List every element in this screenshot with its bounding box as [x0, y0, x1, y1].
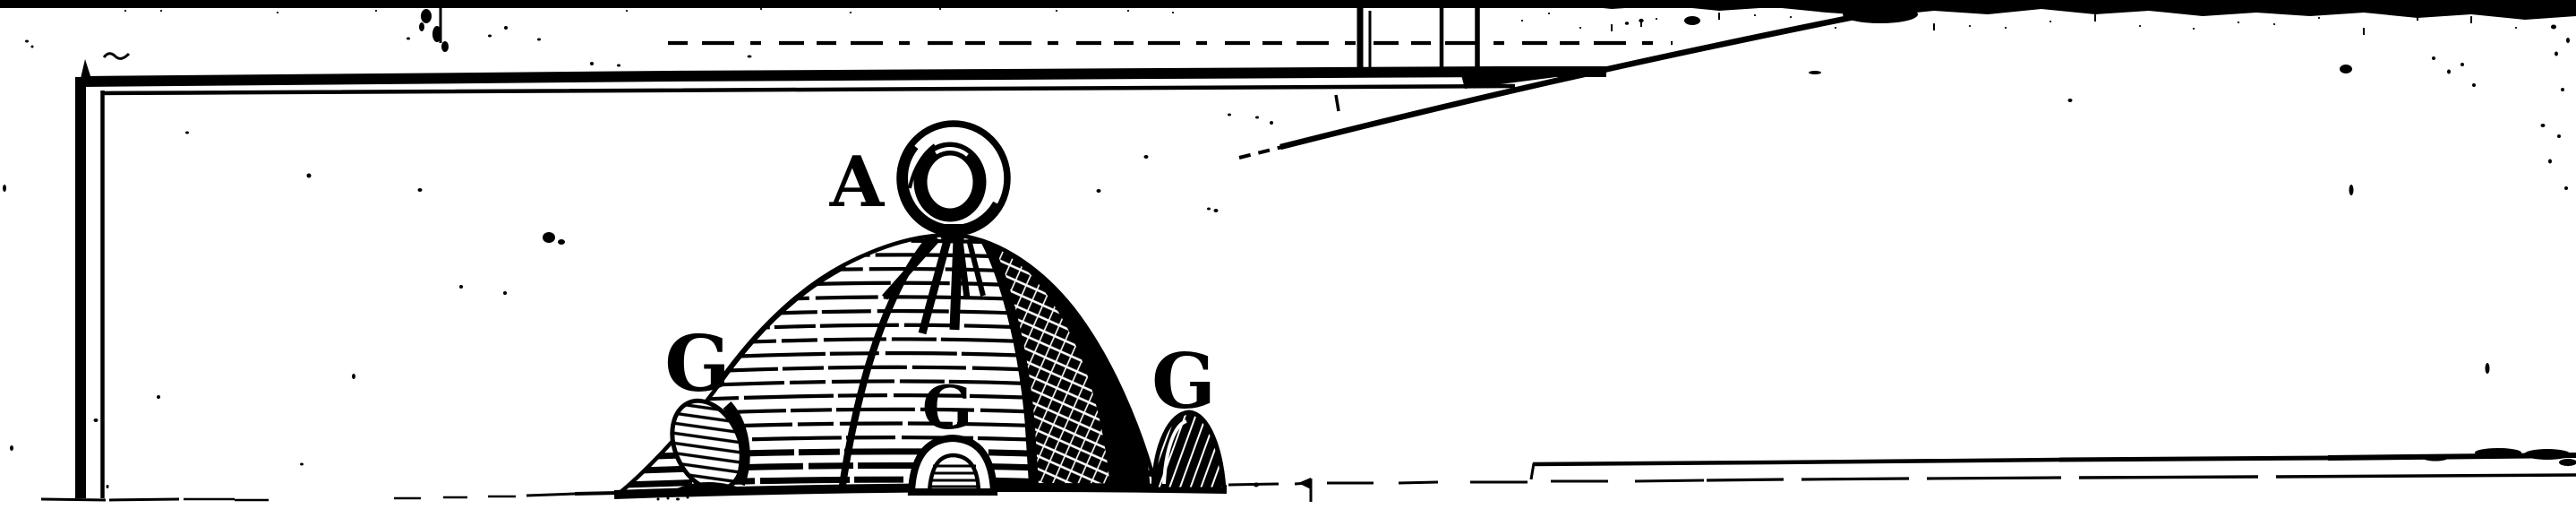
engraving-plate: A G G G: [0, 0, 2576, 509]
left-knob-label: G: [664, 319, 730, 410]
center-knob: [911, 438, 994, 492]
scanned-engraving-page: A G G G: [0, 0, 2576, 509]
ring-label: A: [829, 142, 886, 223]
center-knob-label: G: [922, 373, 972, 443]
right-knob-label: G: [1151, 337, 1216, 426]
